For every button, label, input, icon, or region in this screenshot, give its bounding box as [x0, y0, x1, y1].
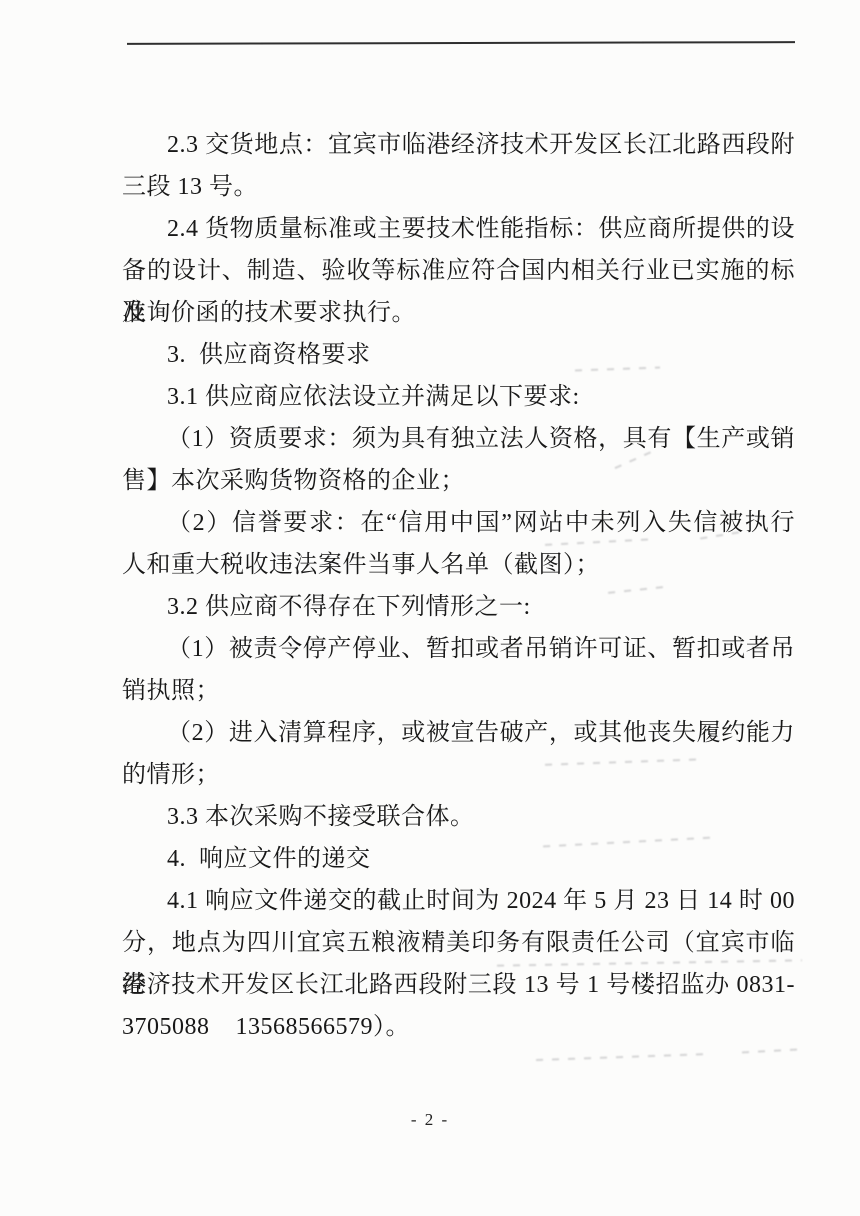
- text-line: 2.4 货物质量标准或主要技术性能指标：供应商所提供的设: [122, 208, 795, 250]
- text-line: 2.3 交货地点：宜宾市临港经济技术开发区长江北路西段附: [122, 124, 795, 166]
- text-block: 2.3 交货地点：宜宾市临港经济技术开发区长江北路西段附三段 13 号。2.4 …: [122, 124, 795, 1048]
- page-number: - 2 -: [0, 1110, 860, 1130]
- text-line: 销执照；: [122, 670, 795, 712]
- text-line: 4. 响应文件的递交: [122, 838, 795, 880]
- text-line: 经济技术开发区长江北路西段附三段 13 号 1 号楼招监办 0831-: [122, 964, 795, 1006]
- scan-artifact: [742, 1049, 797, 1054]
- text-line: 3.1 供应商应依法设立并满足以下要求:: [122, 376, 795, 418]
- text-line: 3. 供应商资格要求: [122, 334, 795, 376]
- text-line: 售】本次采购货物资格的企业；: [122, 460, 795, 502]
- text-line: 3.2 供应商不得存在下列情形之一:: [122, 586, 795, 628]
- text-line: 三段 13 号。: [122, 166, 795, 208]
- text-line: （1）资质要求：须为具有独立法人资格，具有【生产或销: [122, 418, 795, 460]
- text-line: 3.3 本次采购不接受联合体。: [122, 796, 795, 838]
- text-line: 人和重大税收违法案件当事人名单（截图）；: [122, 544, 795, 586]
- text-line: 备的设计、制造、验收等标准应符合国内相关行业已实施的标准: [122, 250, 795, 292]
- scanned-document-page: 2.3 交货地点：宜宾市临港经济技术开发区长江北路西段附三段 13 号。2.4 …: [0, 0, 860, 1216]
- text-line: 4.1 响应文件递交的截止时间为 2024 年 5 月 23 日 14 时 00: [122, 880, 795, 922]
- scan-artifact: [536, 1053, 711, 1061]
- text-line: （2）信誉要求：在“信用中国”网站中未列入失信被执行: [122, 502, 795, 544]
- text-line: 分，地点为四川宜宾五粮液精美印务有限责任公司（宜宾市临港: [122, 922, 795, 964]
- text-line: 3705088 13568566579）。: [122, 1006, 795, 1048]
- text-line: 的情形；: [122, 754, 795, 796]
- text-line: （2）进入清算程序，或被宣告破产，或其他丧失履约能力: [122, 712, 795, 754]
- text-line: （1）被责令停产停业、暂扣或者吊销许可证、暂扣或者吊: [122, 628, 795, 670]
- header-rule-divider: [127, 41, 795, 45]
- text-line: 及询价函的技术要求执行。: [122, 292, 795, 334]
